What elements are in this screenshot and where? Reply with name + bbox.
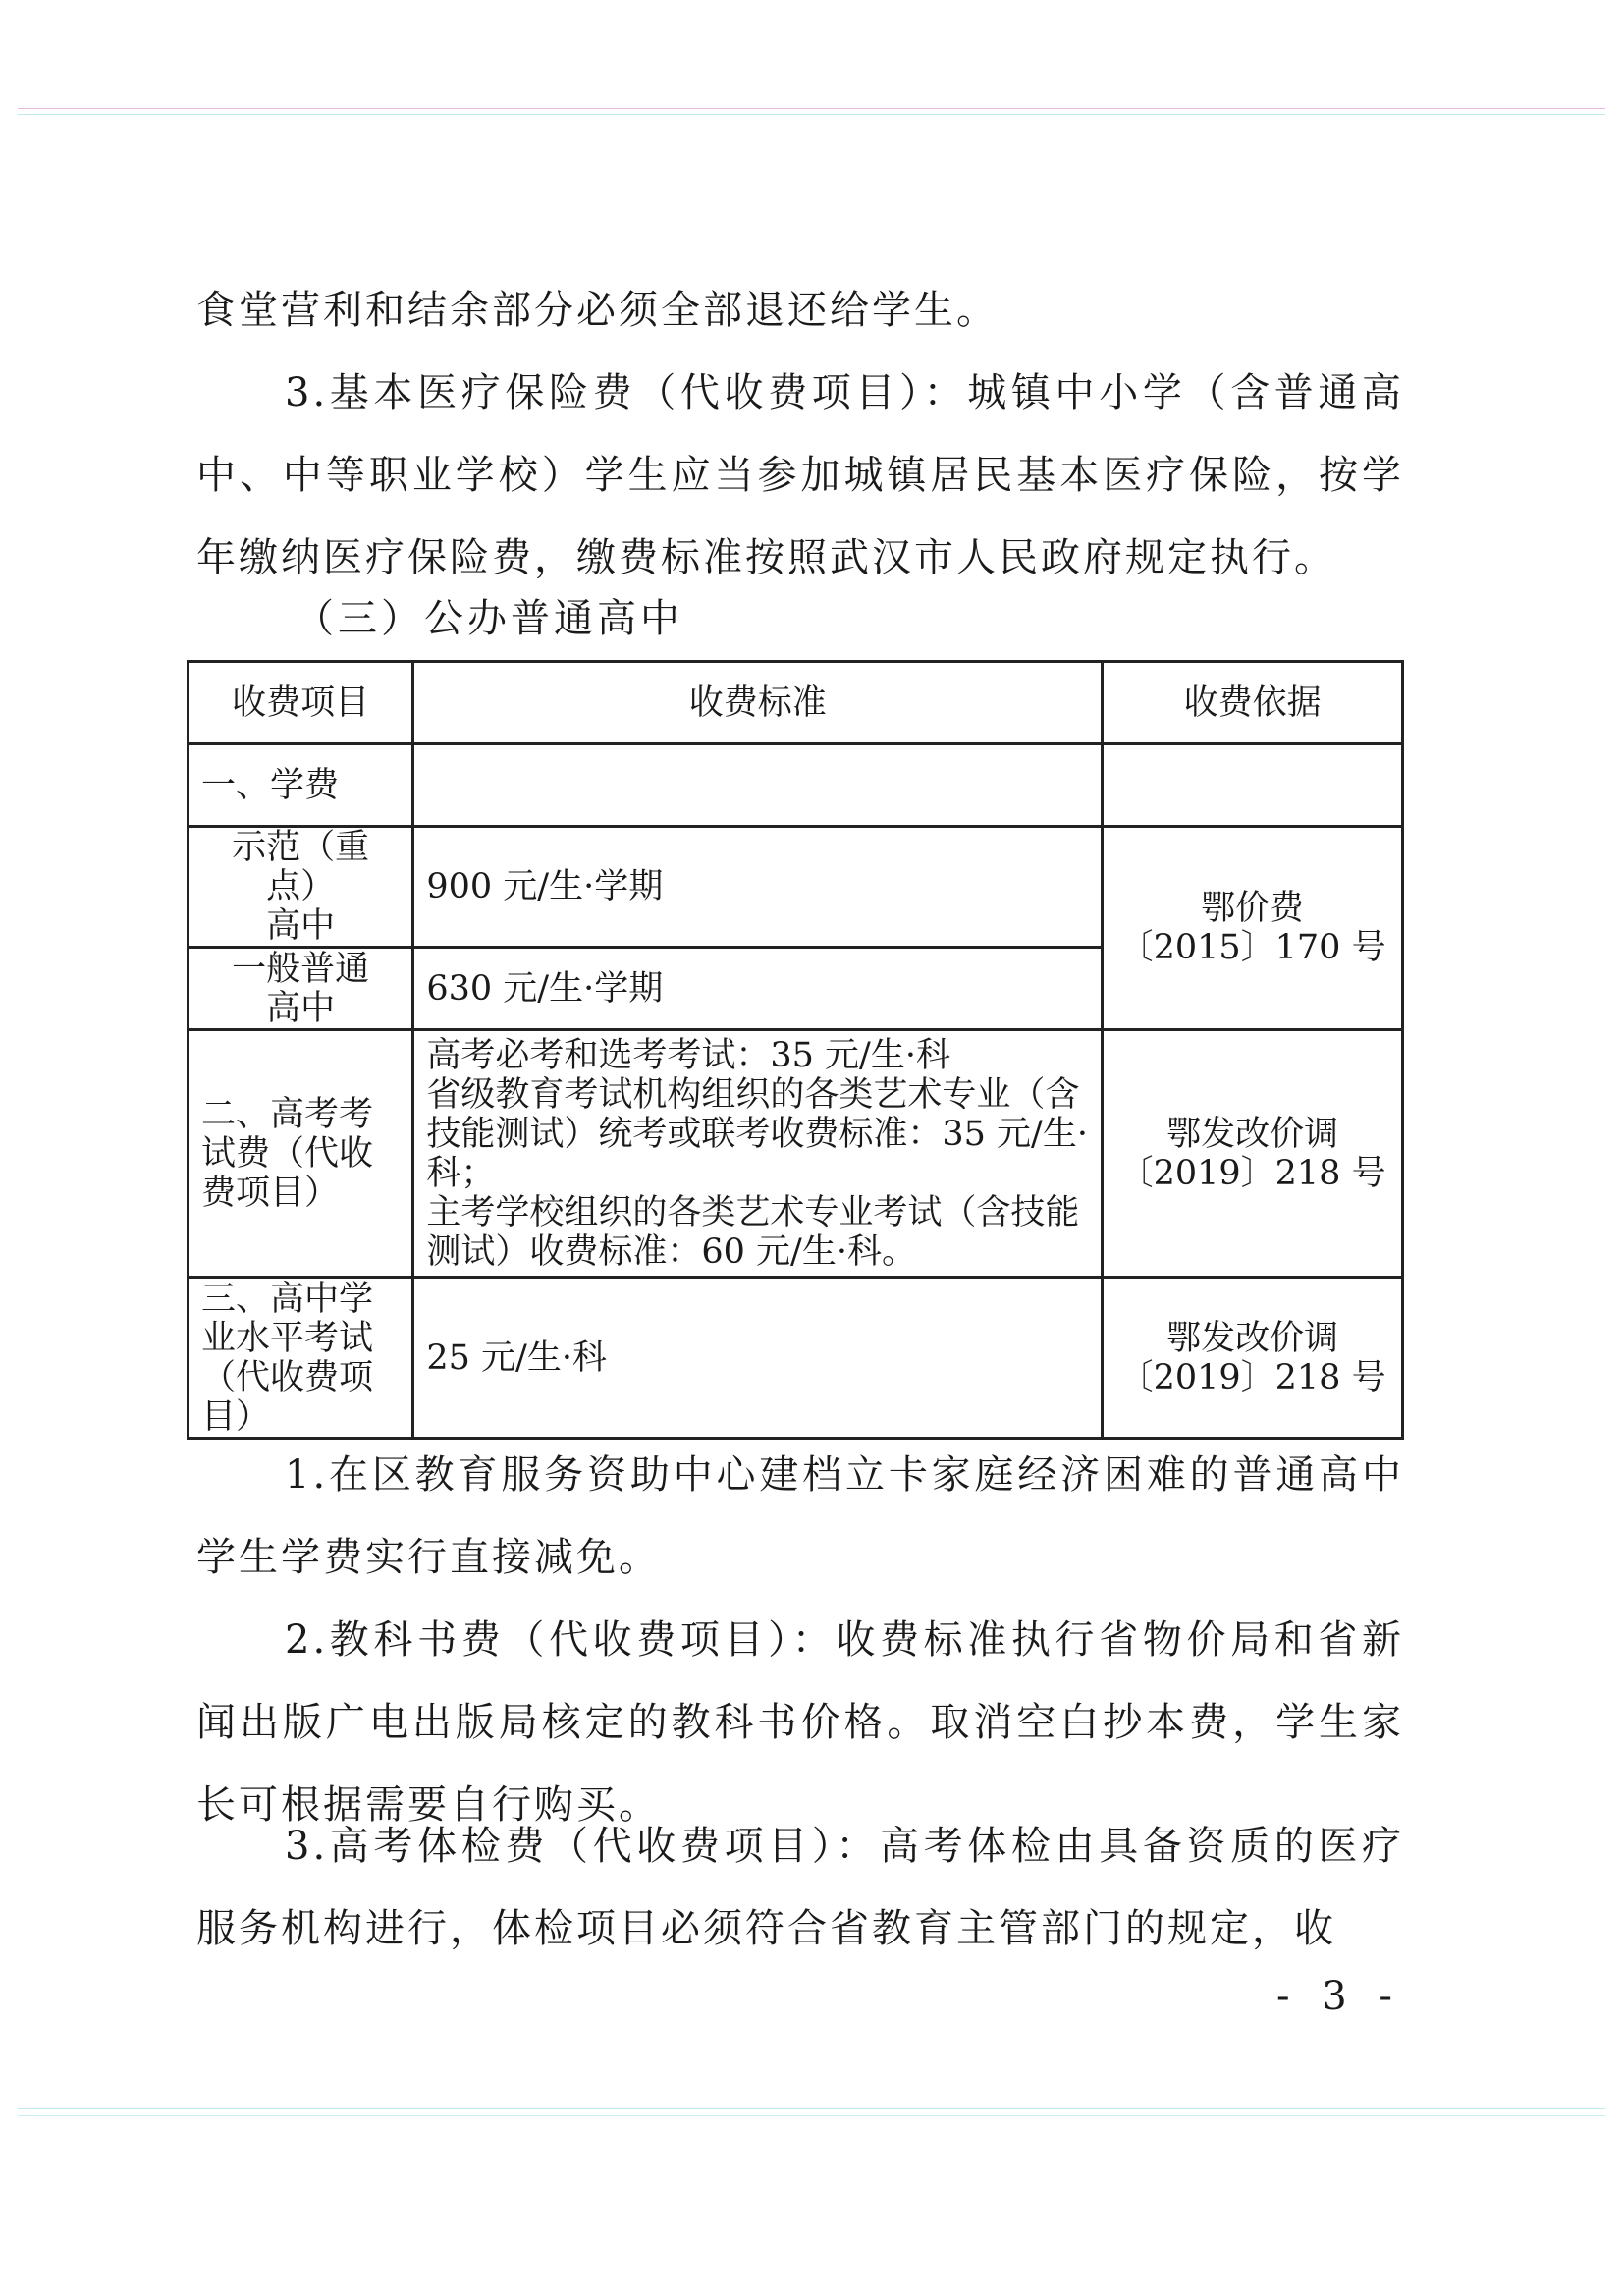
cell-item: 二、高考考 试费（代收 费项目） <box>189 1030 413 1278</box>
table-header-row: 收费项目 收费标准 收费依据 <box>189 662 1403 744</box>
header-fee-standard: 收费标准 <box>413 662 1103 744</box>
table-row: 示范（重点） 高中 900 元/生·学期 鄂价费 〔2015〕170 号 <box>189 827 1403 948</box>
bottom-decorative-rule-secondary <box>18 2115 1605 2116</box>
section-heading-public-high-school: （三）公办普通高中 <box>295 589 683 648</box>
paragraph-physical-exam-fee: 3.高考体检费（代收费项目）：高考体检由具备资质的医疗服务机构进行，体检项目必须… <box>196 1805 1404 1970</box>
paragraph-medical-insurance: 3.基本医疗保险费（代收费项目）：城镇中小学（含普通高中、中等职业学校）学生应当… <box>196 352 1404 599</box>
cell-item: 三、高中学 业水平考试 （代收费项 目） <box>189 1278 413 1439</box>
cell-basis: 鄂发改价调 〔2019〕218 号 <box>1103 1030 1403 1278</box>
table-row: 三、高中学 业水平考试 （代收费项 目） 25 元/生·科 鄂发改价调 〔201… <box>189 1278 1403 1439</box>
cell-standard: 25 元/生·科 <box>413 1278 1103 1439</box>
paragraph-canteen-refund: 食堂营利和结余部分必须全部退还给学生。 <box>196 269 1404 352</box>
header-fee-item: 收费项目 <box>189 662 413 744</box>
cell-standard: 900 元/生·学期 <box>413 827 1103 948</box>
cell-basis <box>1103 744 1403 827</box>
cell-standard: 高考必考和选考考试：35 元/生·科 省级教育考试机构组织的各类艺术专业（含技能… <box>413 1030 1103 1278</box>
page-number: - 3 - <box>1276 1974 1402 2019</box>
paragraph-tuition-exemption: 1.在区教育服务资助中心建档立卡家庭经济困难的普通高中学生学费实行直接减免。 <box>196 1434 1404 1599</box>
fee-table: 收费项目 收费标准 收费依据 一、学费 示范（重点） 高中 900 元/生·学期… <box>187 660 1404 1440</box>
cell-item: 示范（重点） 高中 <box>189 827 413 948</box>
header-fee-basis: 收费依据 <box>1103 662 1403 744</box>
cell-standard: 630 元/生·学期 <box>413 948 1103 1030</box>
cell-item: 一、学费 <box>189 744 413 827</box>
top-decorative-rule <box>18 108 1605 109</box>
cell-standard <box>413 744 1103 827</box>
bottom-decorative-rule <box>18 2108 1605 2109</box>
cell-basis: 鄂价费 〔2015〕170 号 <box>1103 827 1403 1030</box>
top-decorative-rule-secondary <box>18 114 1605 115</box>
table-row: 一、学费 <box>189 744 1403 827</box>
cell-basis: 鄂发改价调 〔2019〕218 号 <box>1103 1278 1403 1439</box>
cell-item: 一般普通 高中 <box>189 948 413 1030</box>
table-row: 二、高考考 试费（代收 费项目） 高考必考和选考考试：35 元/生·科 省级教育… <box>189 1030 1403 1278</box>
